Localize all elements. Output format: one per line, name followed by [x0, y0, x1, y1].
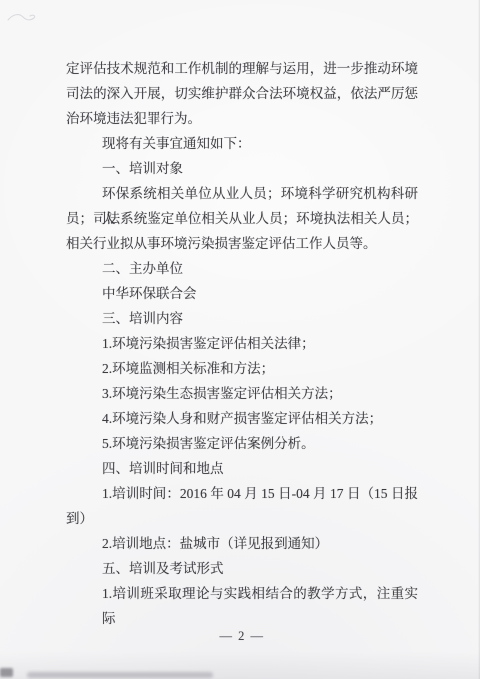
text-line: 相关行业拟从事环境污染损害鉴定评估工作人员等。	[66, 231, 418, 256]
scan-smudge-artifact	[6, 8, 42, 30]
text-line: 1.培训班采取理论与实践相结合的教学方式，注重实际	[66, 581, 418, 606]
text-line: 5.环境污染损害鉴定评估案例分析。	[66, 431, 418, 456]
document-body: 定评估技术规范和工作机制的理解与运用，进一步推动环境司法的深入开展，切实维护群众…	[66, 56, 418, 606]
text-line: 到）	[66, 506, 418, 531]
text-line: 中华环保联合会	[66, 281, 418, 306]
text-line: 3.环境污染生态损害鉴定评估相关方法；	[66, 381, 418, 406]
text-line: 定评估技术规范和工作机制的理解与运用，进一步推动环境	[66, 56, 418, 81]
text-line: 四、培训时间和地点	[66, 456, 418, 481]
text-line: 一、培训对象	[66, 156, 418, 181]
scanned-document-page: 定评估技术规范和工作机制的理解与运用，进一步推动环境司法的深入开展，切实维护群众…	[0, 0, 480, 679]
text-line: 司法的深入开展，切实维护群众合法环境权益，依法严厉惩	[66, 81, 418, 106]
text-line: 2.培训地点：盐城市（详见报到通知）	[66, 531, 418, 556]
text-line: 二、主办单位	[66, 256, 418, 281]
document-lines: 定评估技术规范和工作机制的理解与运用，进一步推动环境司法的深入开展，切实维护群众…	[66, 56, 418, 606]
page-number: — 2 —	[66, 625, 418, 647]
text-line: 4.环境污染人身和财产损害鉴定评估相关方法；	[66, 406, 418, 431]
text-line: 1.培训时间：2016 年 04 月 15 日-04 月 17 日（15 日报	[66, 481, 418, 506]
text-line: 三、培训内容	[66, 306, 418, 331]
text-line: 五、培训及考试形式	[66, 556, 418, 581]
text-line: 现将有关事宜通知如下：	[66, 131, 418, 156]
text-line: 环保系统相关单位从业人员；环境科学研究机构科研人	[66, 181, 418, 206]
scan-bottom-shade	[0, 651, 480, 679]
text-line: 员；司法系统鉴定单位相关从业人员；环境执法相关人员；	[66, 206, 418, 231]
text-line: 治环境违法犯罪行为。	[66, 106, 418, 131]
text-line: 2.环境监测相关标准和方法；	[66, 356, 418, 381]
text-line: 1.环境污染损害鉴定评估相关法律；	[66, 331, 418, 356]
